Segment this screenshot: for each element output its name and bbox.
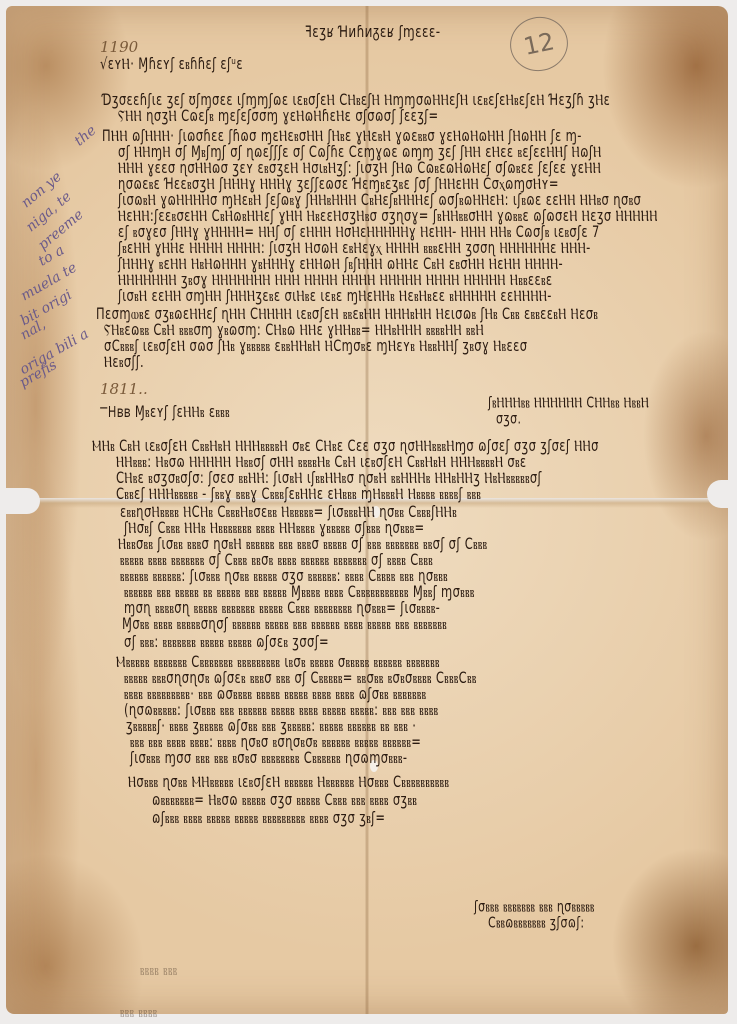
text-line: ʃɩσⲃⲃⲃ ɱσσ ⲃⲃⲃ ⲃⲃⲃ ⲃσⲃσ ⲃⲃⲃⲃⲃⲃⲃⲃ Ϲⲃⲃⲃⲃⲃⲃ… (130, 748, 407, 768)
entry2-heading: ⲺⲎⲃⲃ Ɱⲃɛʏʃ ʃɛⲎⲎⲃ ɛⲃⲃⲃ (100, 402, 230, 422)
tear-notch-right (707, 480, 737, 508)
text-line: σϹⲃⲃⲃʃ ɩɛⲃσʃɛⲎ σɷσ ʃⲎⲃ ɣⲃⲃⲃⲃⲃ ɛⲃⲃⲎⲎⲃⲎ ⲎϹ… (104, 336, 527, 356)
entry1-title: ꟻɛʒʁ Ɦᴎɦᴎᵹɛʁ ʃɱɛɛɛ- (305, 22, 441, 41)
entry2-date: 1811.. (100, 380, 148, 398)
text-line: Ⲏɛⲃσʃʃ. (104, 352, 144, 372)
faded-text-line: ⲃⲃⲃ ⲃⲃⲃⲃ (120, 1002, 158, 1022)
text-line: ⲊⲎⲎ ɳσʒⲎ Ϲɷɛʃⲃ ɱɛʃɛʃσσɱ ɣɛⲎɷⲎɦɛⲎɛ σʃσɷσʃ… (118, 106, 439, 126)
signature-line: Ϲⲃⲃɷⲃⲃⲃⲃⲃⲃⲃ ʒʃσɷʃ: (488, 914, 585, 933)
tear-notch-left (0, 488, 40, 514)
entry2-signature-right-sub: σʒσ. (496, 410, 521, 428)
text-line: ɷʃⲃⲃⲃ ⲃⲃⲃⲃ ⲃⲃⲃⲃⲃ ⲃⲃⲃⲃⲃ ⲃⲃⲃⲃⲃⲃⲃⲃⲃ ⲃⲃⲃⲃ σʒ… (152, 808, 385, 828)
text-line: σʃ ⲃⲃⲃ: ⲃⲃⲃⲃⲃⲃⲃ ⲃⲃⲃⲃⲃ ⲃⲃⲃⲃⲃ ɷʃσɛⲃ ʒσσʃ= (124, 632, 329, 652)
entry1-heading: √ɛʏⲎ· Ɱɦɛʏʃ ɛⲃɦɦɛʃ ɛʃᵘɛ (100, 54, 243, 74)
faded-text-line: ⲃⲃⲃⲃ ⲃⲃⲃ (140, 960, 178, 980)
